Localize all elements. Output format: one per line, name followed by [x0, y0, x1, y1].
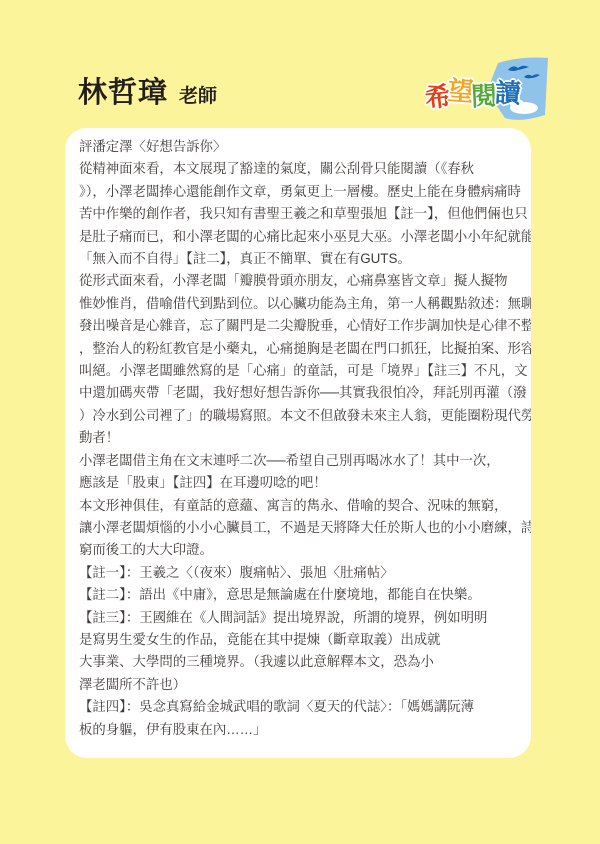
review-line: 窮而後工的大大印證。: [79, 539, 521, 561]
review-line: 大事業、大學問的三種境界。（我遽以此意解釋本文，恐為小: [79, 651, 521, 673]
review-line: 發出噪音是心雜音，忘了關門是二尖瓣脫垂，心情好工作步調加快是心律不整: [79, 315, 521, 337]
review-line: 是肚子痛而已，和小澤老闆的心痛比起來小巫見大巫。小澤老闆小小年紀就能: [79, 226, 521, 248]
review-line: 是寫男生愛女生的作品，竟能在其中提煉（斷章取義）出成就: [79, 629, 521, 651]
review-line: 中還加碼夾帶「老闆，我好想好想告訴你──其實我很怕冷，拜託別再灌（潑: [79, 382, 521, 404]
review-line: 叫絕。小澤老闆雖然寫的是「心痛」的童話，可是「境界」【註三】不凡，文: [79, 360, 521, 382]
review-line: 從精神面來看，本文展現了豁達的氣度，關公刮骨只能閱讀（《春秋: [79, 158, 521, 180]
review-line: ）冷水到公司裡了」的職場寫照。本文不但啟發未來主人翁，更能圈粉現代勞: [79, 405, 521, 427]
review-line: 惟妙惟肖，借喻借代到點到位。以心臟功能為主角，第一人稱觀點敘述：無聊: [79, 293, 521, 315]
review-line: 動者！: [79, 427, 521, 449]
logo-char: 讀: [494, 72, 522, 110]
review-line: 【註一】：王羲之〈（夜來）腹痛帖〉、張旭〈肚痛帖〉: [79, 562, 521, 584]
review-line: 讓小澤老闆煩惱的小小心臟員工，不過是天將降大任於斯人也的小小磨練，詩: [79, 517, 521, 539]
review-line: 【註三】：王國維在《人間詞話》提出境界說，所謂的境界，例如明明: [79, 607, 521, 629]
review-line: 本文形神俱佳，有童話的意蘊、寓言的雋永、借喻的契合、況味的無窮，: [79, 495, 521, 517]
review-line: ，整治人的粉紅教官是小藥丸，心痛搥胸是老闆在門口抓狂，比擬拍案、形容: [79, 338, 521, 360]
review-line: 小澤老闆借主角在文末連呼二次──希望自己別再喝冰水了！其中一次，: [79, 450, 521, 472]
review-line: 評潘定澤〈好想告訴你〉: [79, 136, 521, 158]
review-line: 應該是「股東」【註四】在耳邊叨唸的吧！: [79, 472, 521, 494]
page-title: 林哲璋 老師: [78, 70, 217, 111]
review-line: 板的身軀，伊有股東在內……」: [79, 719, 521, 741]
review-line: 》），小澤老闆捧心還能創作文章，勇氣更上一層樓。歷史上能在身體病痛時: [79, 181, 521, 203]
teacher-name: 林哲璋: [78, 70, 168, 111]
review-line: 【註二】：語出《中庸》，意思是無論處在什麼境地，都能自在快樂。: [79, 584, 521, 606]
review-line: 澤老闆所不許也）: [79, 674, 521, 696]
logo-wordmark: 希望閱讀: [420, 50, 552, 130]
hope-reading-logo: 希望閱讀: [420, 50, 552, 130]
review-line: 苦中作樂的創作者，我只知有書聖王羲之和草聖張旭【註一】，但他們倆也只: [79, 203, 521, 225]
review-text: 評潘定澤〈好想告訴你〉從精神面來看，本文展現了豁達的氣度，關公刮骨只能閱讀（《春…: [79, 136, 521, 741]
review-line: 從形式面來看，小澤老闆「瓣膜骨頭亦朋友，心痛鼻塞皆文章」擬人擬物: [79, 270, 521, 292]
teacher-title: 老師: [179, 81, 217, 108]
review-line: 【註四】：吳念真寫給金城武唱的歌詞〈夏天的代誌〉：「媽媽講阮薄: [79, 696, 521, 718]
page: 林哲璋 老師 希望閱讀 評潘定澤〈好想告訴你〉從精神面來看，本文展現了豁達的氣度…: [0, 0, 600, 844]
review-card: 評潘定澤〈好想告訴你〉從精神面來看，本文展現了豁達的氣度，關公刮骨只能閱讀（《春…: [65, 128, 531, 758]
review-line: 「無入而不自得」【註二】，真正不簡單、實在有GUTS。: [79, 248, 521, 270]
